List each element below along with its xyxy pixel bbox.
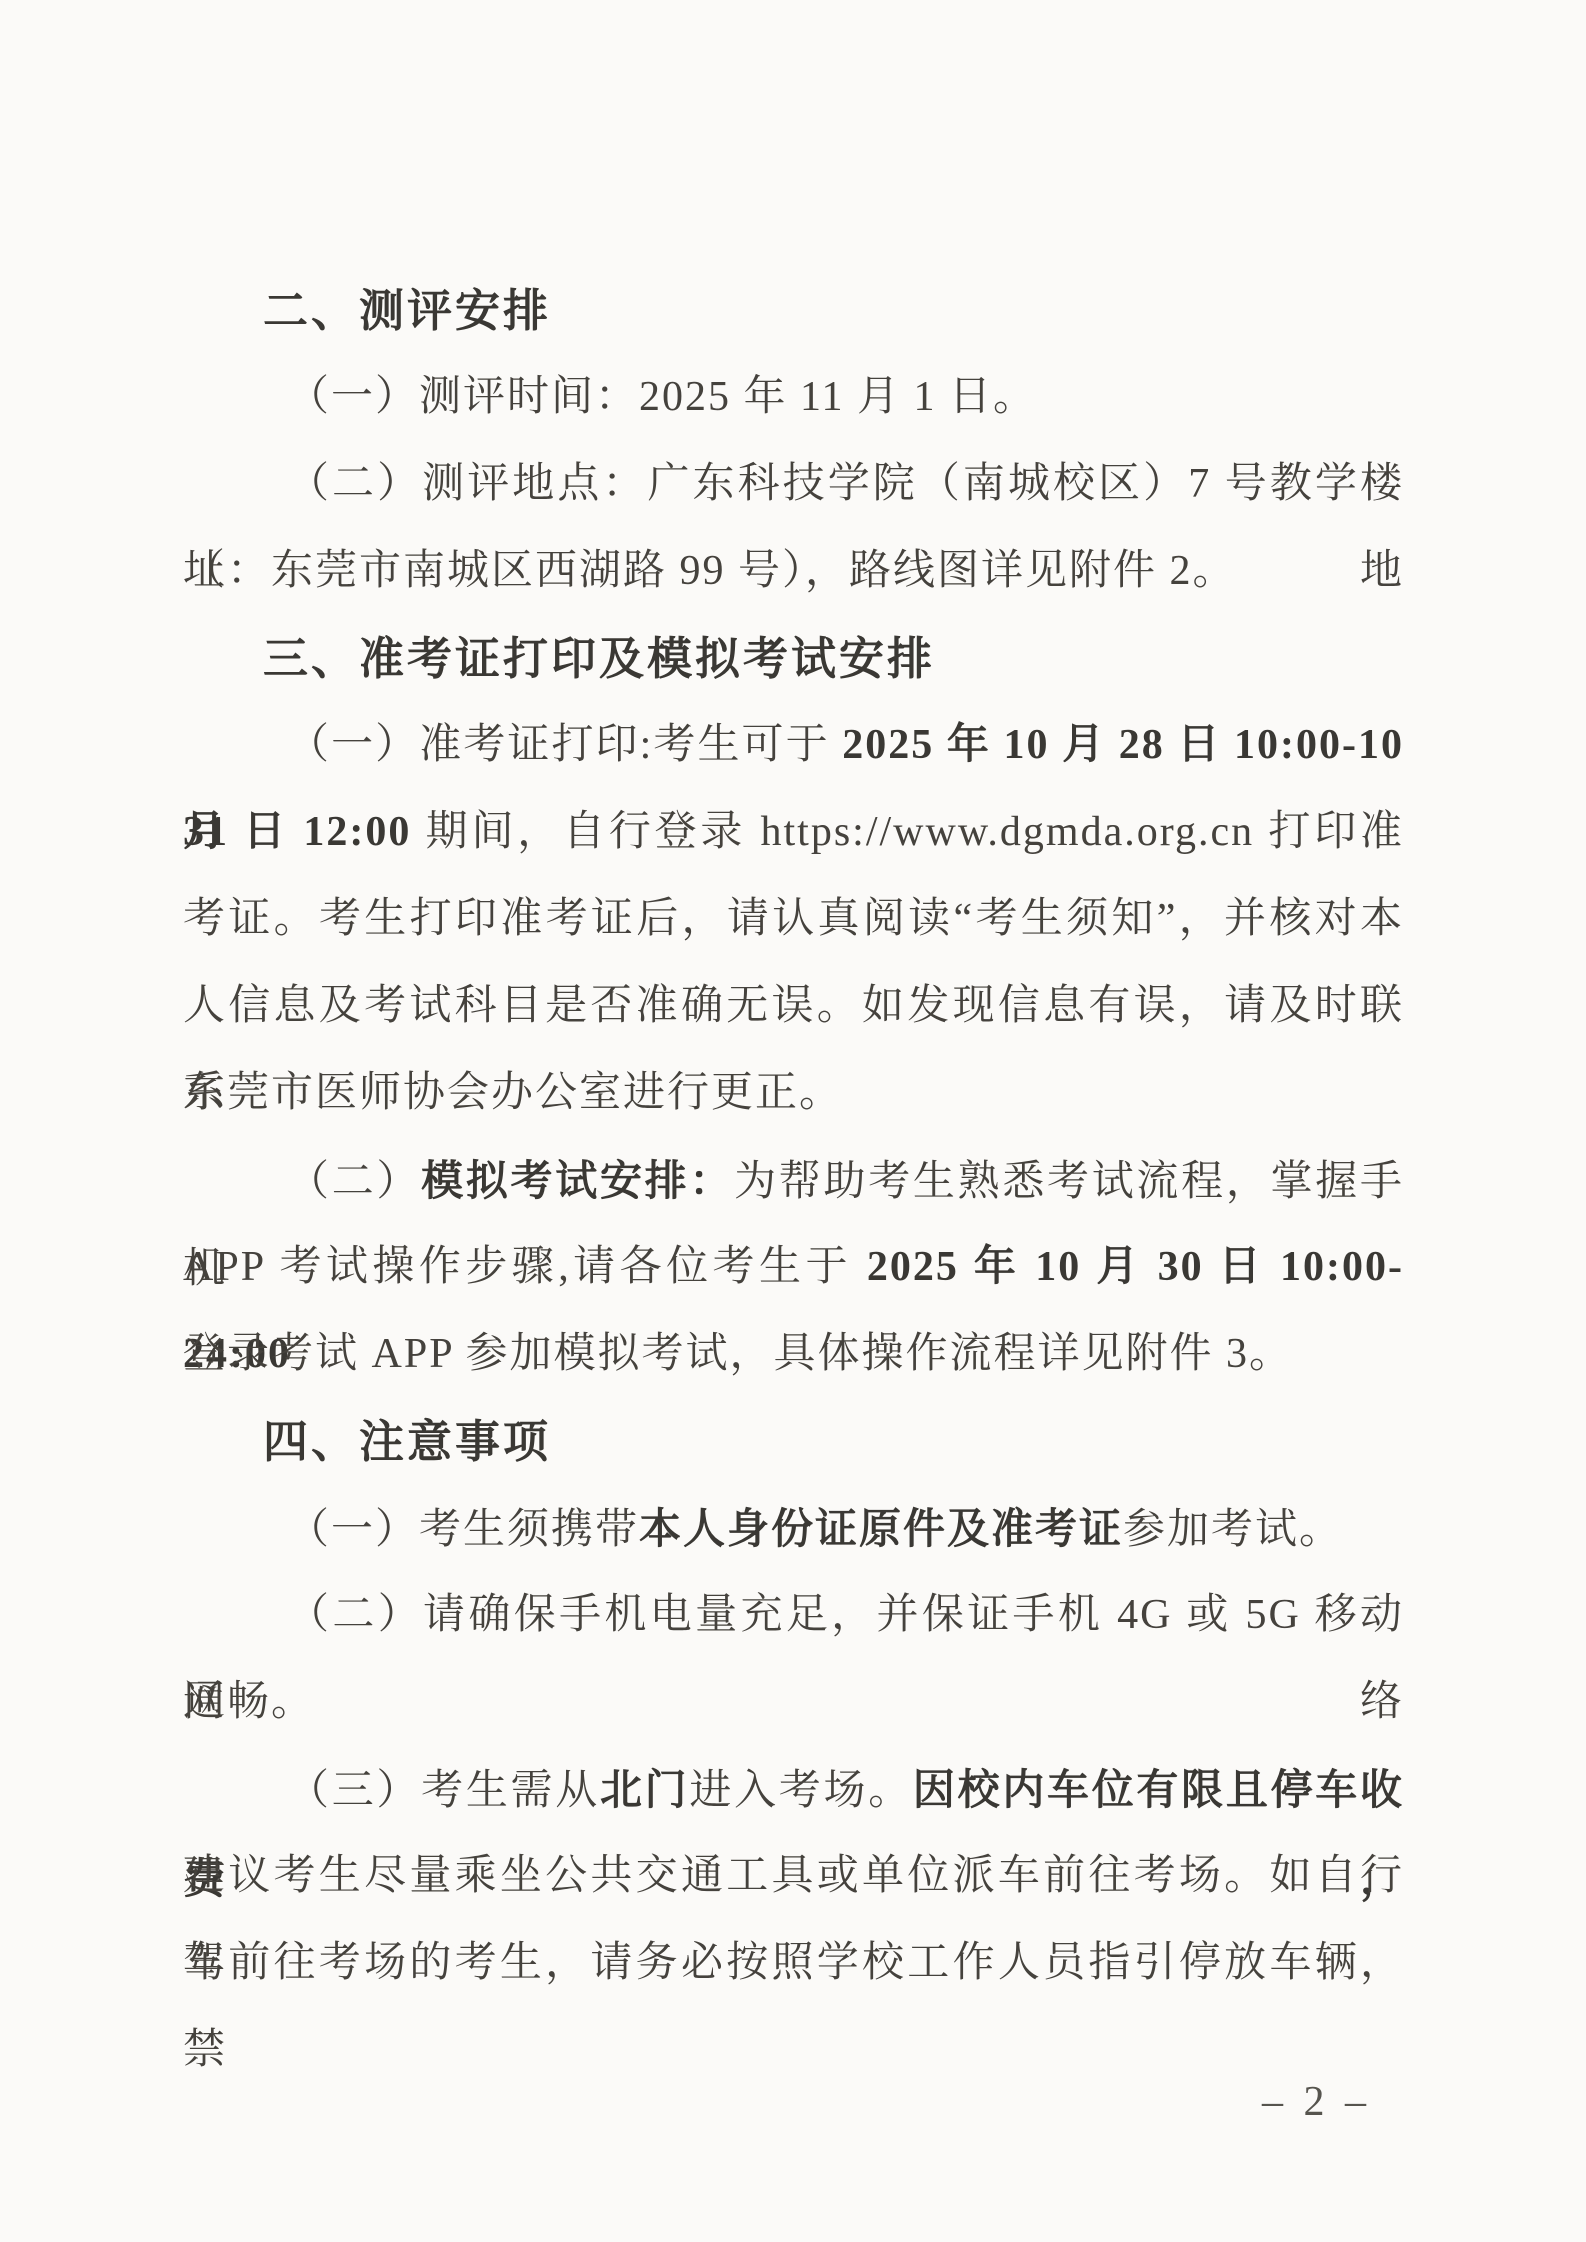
- document-body: 二、测评安排（一）测评时间：2025 年 11 月 1 日。（二）测评地点：广东…: [183, 267, 1404, 2007]
- text-run: 期间，自行登录 https://www.dgmda.org.cn 打印准: [411, 809, 1404, 855]
- doc-line-6: （一）准考证打印:考生可于 2025 年 10 月 28 日 10:00-10 …: [183, 702, 1404, 789]
- text-run: 模拟考试安排：: [421, 1157, 734, 1204]
- doc-line-12: APP 考试操作步骤,请各位考生于 2025 年 10 月 30 日 10:00…: [183, 1224, 1404, 1311]
- doc-line-8: 考证。考生打印准考证后，请认真阅读“考生须知”，并核对本: [183, 876, 1404, 963]
- doc-line-10: 东莞市医师协会办公室进行更正。: [183, 1050, 1404, 1137]
- text-run: 登录考试 APP 参加模拟考试，具体操作流程详见附件 3。: [183, 1331, 1293, 1377]
- doc-line-4: 址：东莞市南城区西湖路 99 号），路线图详见附件 2。: [183, 528, 1404, 615]
- text-run: 四、注意事项: [263, 1416, 551, 1467]
- document-page: 二、测评安排（一）测评时间：2025 年 11 月 1 日。（二）测评地点：广东…: [0, 0, 1586, 2242]
- text-run: （一）考生须携带: [287, 1507, 639, 1553]
- text-run: （三）考生需从: [287, 1768, 600, 1814]
- doc-line-20: 车前往考场的考生，请务必按照学校工作人员指引停放车辆，禁: [183, 1920, 1404, 2007]
- page-number: – 2 –: [1262, 2078, 1371, 2126]
- text-run: 车前往考场的考生，请务必按照学校工作人员指引停放车辆，禁: [183, 1940, 1404, 2073]
- text-run: 参加考试。: [1123, 1507, 1343, 1553]
- text-run: 考证。考生打印准考证后，请认真阅读“考生须知”，并核对本: [183, 896, 1404, 942]
- doc-line-5: 三、准考证打印及模拟考试安排: [183, 615, 1404, 702]
- text-run: 东莞市医师协会办公室进行更正。: [183, 1070, 843, 1116]
- text-run: 进入考场。: [689, 1768, 913, 1814]
- doc-line-15: （一）考生须携带本人身份证原件及准考证参加考试。: [183, 1485, 1404, 1572]
- text-run: （二）请确保手机电量充足，并保证手机 4G 或 5G 移动网络: [183, 1592, 1404, 1725]
- doc-line-1: 二、测评安排: [183, 267, 1404, 354]
- text-run: （二）: [287, 1159, 421, 1205]
- doc-line-19: 建议考生尽量乘坐公共交通工具或单位派车前往考场。如自行驾: [183, 1833, 1404, 1920]
- doc-line-7: 31 日 12:00 期间，自行登录 https://www.dgmda.org…: [183, 789, 1404, 876]
- text-run: 三、准考证打印及模拟考试安排: [263, 633, 935, 684]
- text-run: 址：东莞市南城区西湖路 99 号），路线图详见附件 2。: [183, 548, 1237, 594]
- doc-line-11: （二）模拟考试安排：为帮助考生熟悉考试流程，掌握手机: [183, 1137, 1404, 1224]
- text-run: 二、测评安排: [263, 285, 551, 336]
- text-run: （一）准考证打印:考生可于: [287, 722, 842, 768]
- text-run: （一）测评时间：2025 年 11 月 1 日。: [287, 374, 1037, 420]
- doc-line-3: （二）测评地点：广东科技学院（南城校区）7 号教学楼（地: [183, 441, 1404, 528]
- doc-line-2: （一）测评时间：2025 年 11 月 1 日。: [183, 354, 1404, 441]
- doc-line-16: （二）请确保手机电量充足，并保证手机 4G 或 5G 移动网络: [183, 1572, 1404, 1659]
- text-run: 31 日 12:00: [183, 809, 411, 855]
- doc-line-13: 登录考试 APP 参加模拟考试，具体操作流程详见附件 3。: [183, 1311, 1404, 1398]
- doc-line-14: 四、注意事项: [183, 1398, 1404, 1485]
- text-run: 通畅。: [183, 1679, 315, 1725]
- text-run: 北门: [600, 1766, 689, 1813]
- doc-line-9: 人信息及考试科目是否准确无误。如发现信息有误，请及时联系: [183, 963, 1404, 1050]
- doc-line-18: （三）考生需从北门进入考场。因校内车位有限且停车收费，: [183, 1746, 1404, 1833]
- text-run: 本人身份证原件及准考证: [639, 1505, 1123, 1552]
- text-run: APP 考试操作步骤,请各位考生于: [183, 1244, 867, 1290]
